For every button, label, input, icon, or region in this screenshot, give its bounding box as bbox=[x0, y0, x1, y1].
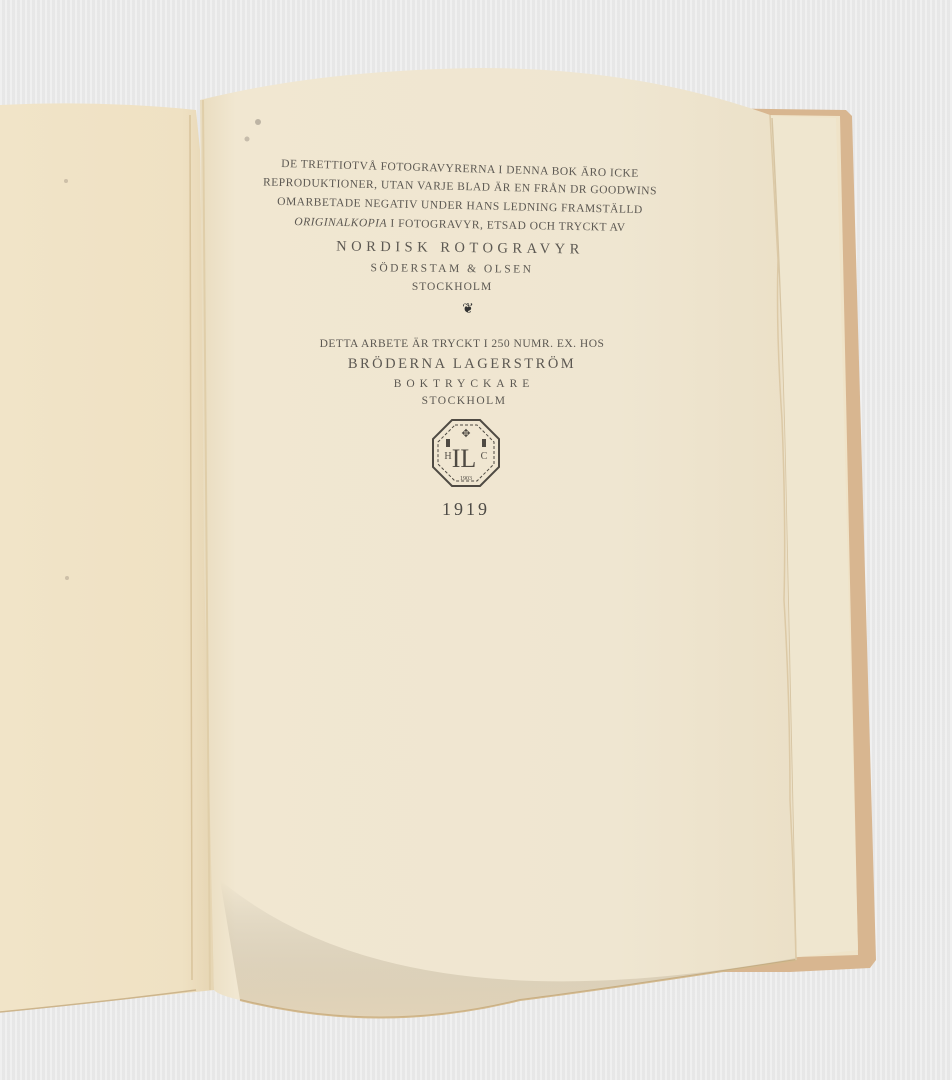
left-page bbox=[0, 103, 214, 1012]
svg-text:H: H bbox=[444, 451, 451, 462]
svg-text:C: C bbox=[481, 451, 488, 462]
svg-text:IL: IL bbox=[452, 444, 477, 473]
printer-city: STOCKHOLM bbox=[244, 395, 684, 407]
publication-year: 1919 bbox=[246, 499, 686, 520]
print-statement: DETTA ARBETE ÄR TRYCKT I 250 NUMR. EX. H… bbox=[242, 338, 682, 350]
engraver-city: STOCKHOLM bbox=[232, 281, 672, 293]
open-book-photo: ✥ IL H C 1903 DE TRETTIOTVÅ FOTOGRAVYRER… bbox=[0, 0, 952, 1080]
originalkopia-italic: ORIGINALKOPIA bbox=[294, 216, 387, 230]
fleuron-ornament-icon: ❦ bbox=[248, 301, 688, 318]
printer-role: BOKTRYCKARE bbox=[244, 378, 684, 390]
book-scene-illustration: ✥ IL H C 1903 bbox=[0, 0, 952, 1080]
svg-text:✥: ✥ bbox=[461, 427, 470, 440]
printer-name: BRÖDERNA LAGERSTRÖM bbox=[242, 356, 682, 373]
svg-text:1903: 1903 bbox=[460, 476, 472, 482]
